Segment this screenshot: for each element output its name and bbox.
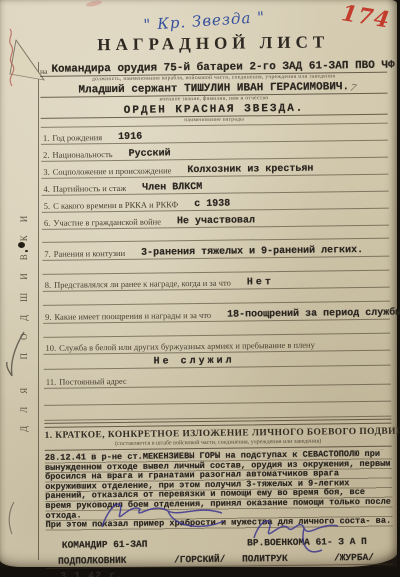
item-label: Участие в гражданской войне (53, 216, 161, 228)
item-label: Представлялся ли ранее к награде, когда … (54, 278, 231, 291)
item-label: Ранения и контузии (54, 248, 126, 260)
item-value: с 1938 (194, 199, 230, 210)
item-number: 10. (45, 343, 56, 353)
item-label: Партийность и стаж (53, 183, 126, 195)
item-number: 11. (46, 377, 56, 387)
item-label: Постоянный адрес (59, 376, 127, 388)
item-value: Не участвовал (177, 215, 255, 227)
item-label: Соцположение и происхождение (53, 165, 172, 177)
scanned-document: ДЛЯ ПОДШИВКИ " Кр. Звезда " 174 7 НАГРАД… (0, 0, 400, 577)
item-value: 18-поощрений за период службы (227, 308, 400, 321)
preposition-label: на (40, 67, 51, 76)
item-number: 6. (44, 218, 50, 228)
page-number: 174 (340, 0, 392, 34)
item-number: 2. (43, 150, 49, 160)
header-fields: на Командира орудия 75-й батареи 2-го ЗА… (40, 57, 388, 128)
item-number: 5. (44, 201, 50, 211)
item-label: Год рождения (52, 132, 102, 144)
item-number: 4. (43, 184, 49, 194)
item-number: 8. (45, 280, 51, 290)
item-value: Колхозник из крестьян (187, 164, 313, 177)
item-value: Нет (247, 277, 274, 288)
handwritten-award-note: " Кр. Звезда " (143, 8, 266, 34)
item-value: Член ВЛКСМ (142, 182, 202, 194)
item-number: 3. (43, 167, 49, 177)
item-number: 1. (43, 133, 49, 143)
paper-sheet: ДЛЯ ПОДШИВКИ " Кр. Звезда " 174 7 НАГРАД… (0, 0, 397, 567)
item-label: С какого времени в РККА и РККФ (53, 199, 178, 212)
item-label: Национальность (52, 149, 112, 161)
commander-name: /ГОРСКИЙ/ (174, 553, 225, 565)
signature-date: 3.1.42 г. (60, 567, 393, 577)
item-value: 1916 (118, 132, 142, 143)
commander-signature-icon (98, 495, 228, 537)
item-number: 7. (44, 249, 50, 259)
item-number: 9. (45, 312, 51, 322)
commissar-signature-icon (248, 510, 348, 558)
document-title: НАГРАДНОЙ ЛИСТ (42, 32, 385, 56)
commander-rank: ПОДПОЛКОВНИК (58, 555, 127, 567)
ruled-line (44, 402, 391, 421)
item-value: Русский (129, 148, 171, 160)
item-label: Какие имеет поощрения и награды и за что (54, 310, 211, 323)
questionnaire: 1. Год рождения 1916 2. Национальность Р… (41, 124, 392, 428)
item-value: Не служил (154, 356, 235, 368)
